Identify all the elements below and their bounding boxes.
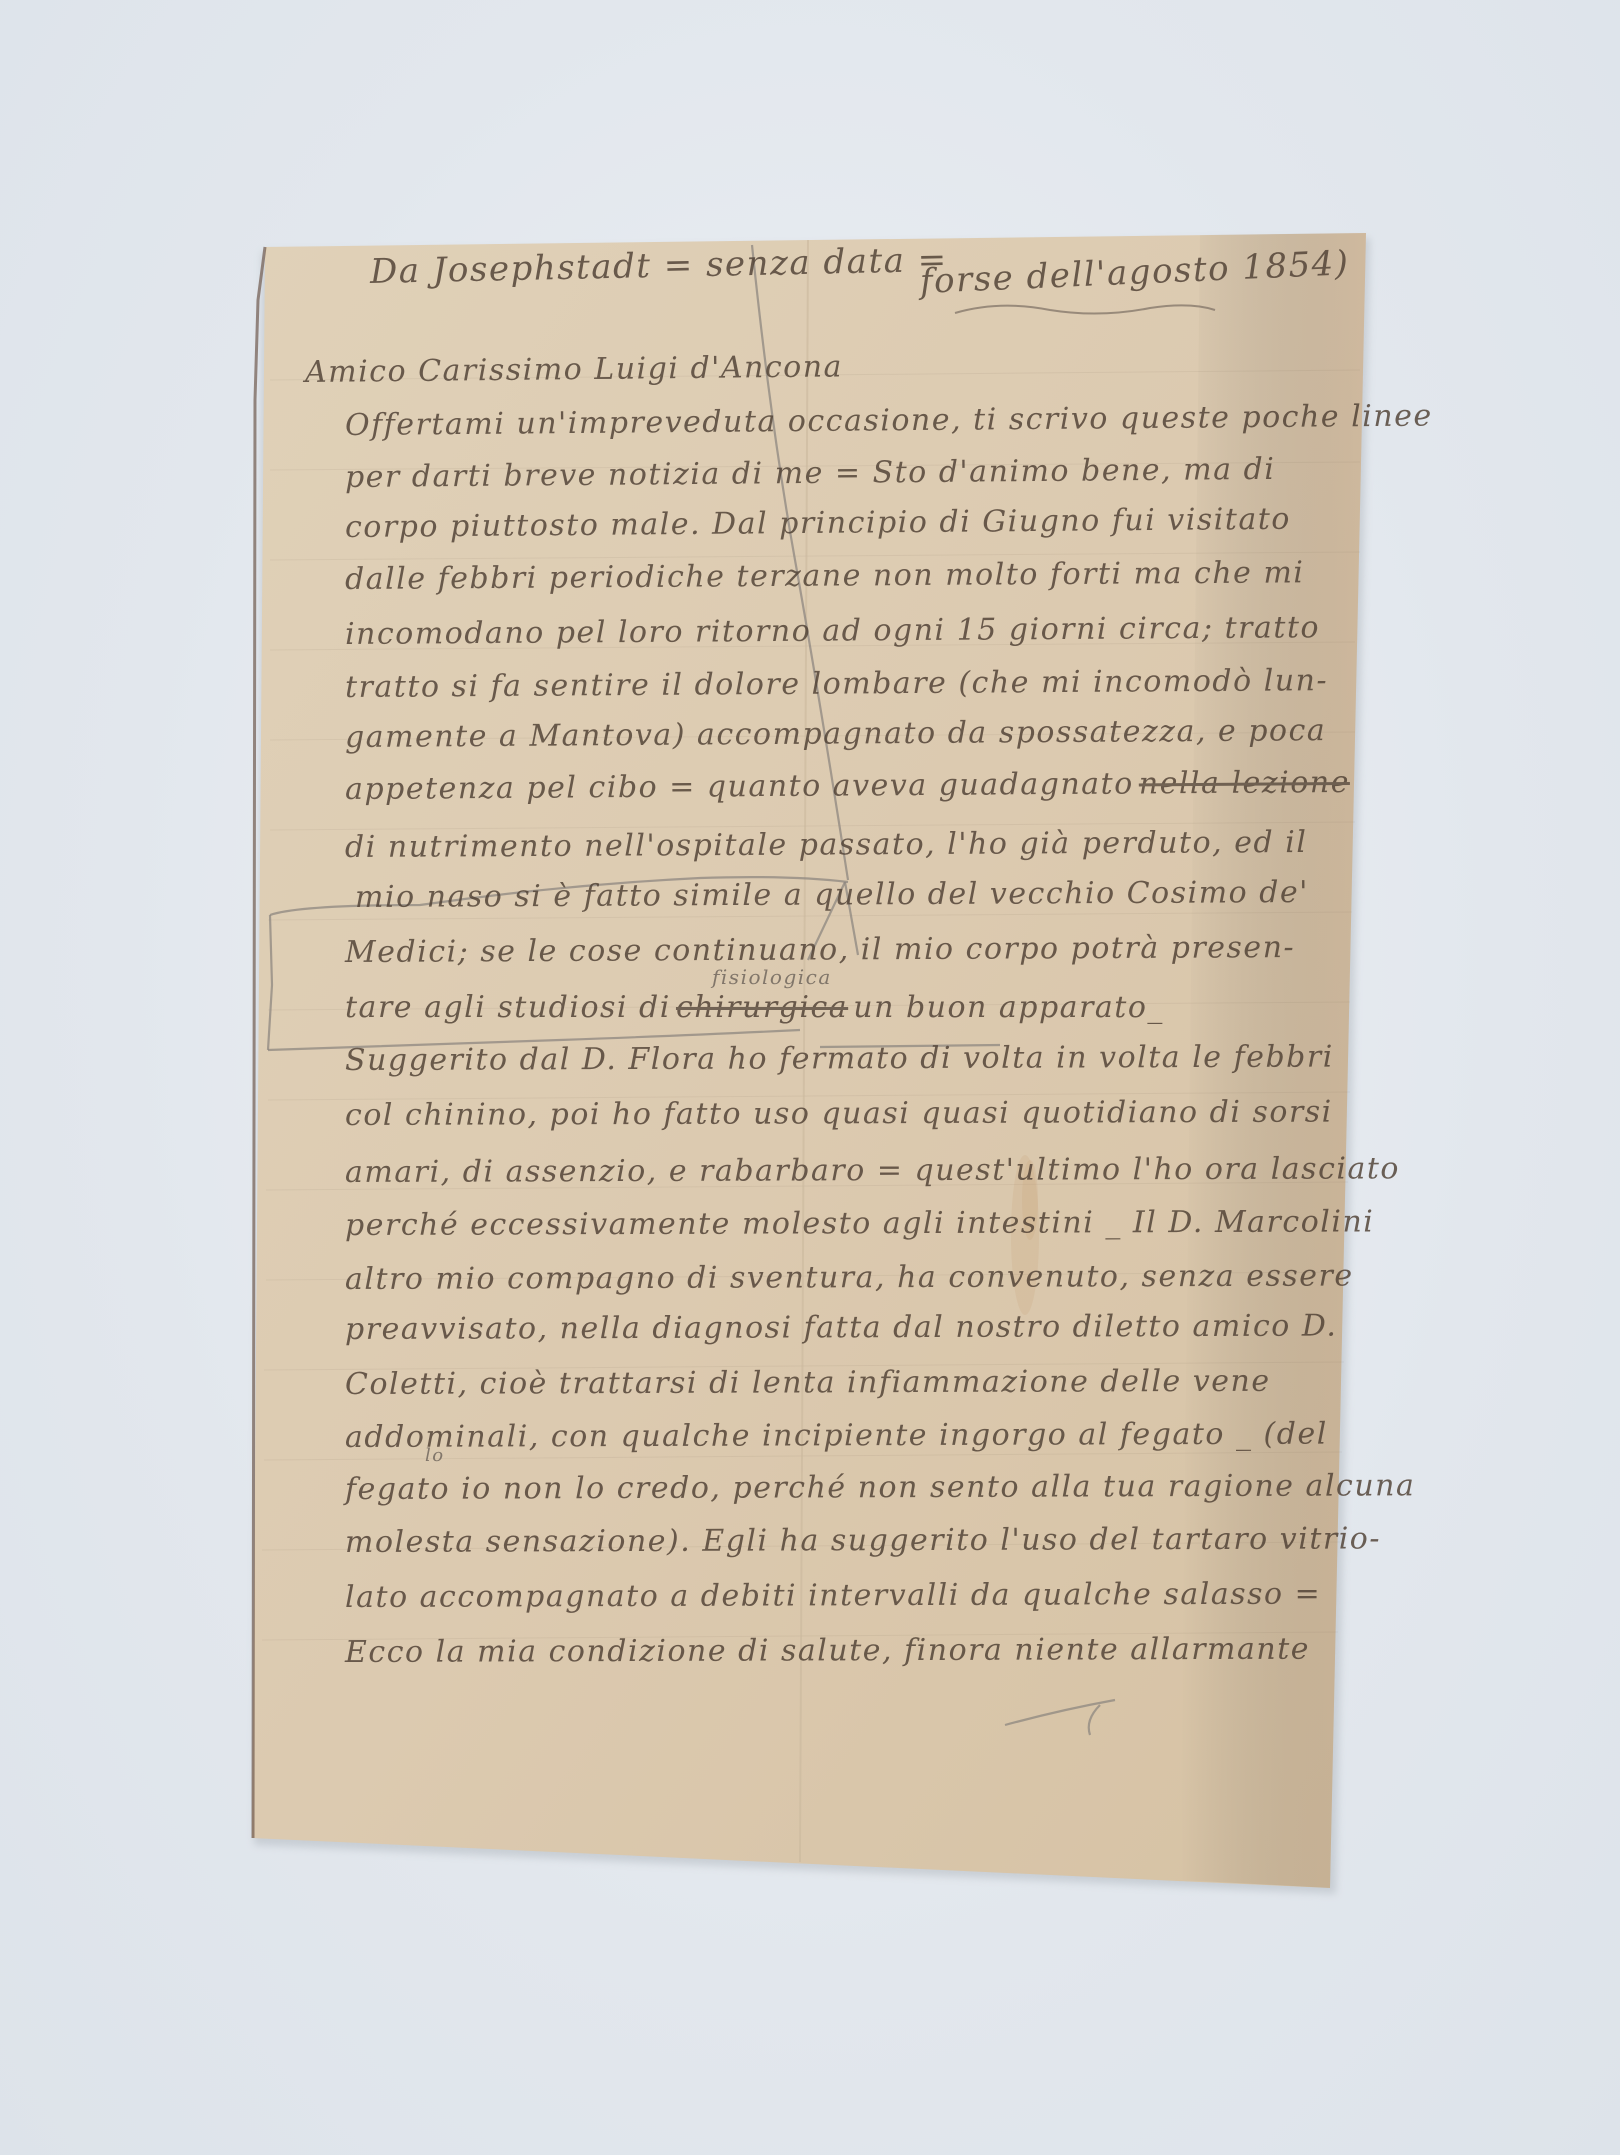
letter-line-with-annotation: tare agli studiosi di chirurgica un buon… <box>345 990 1164 1025</box>
letter-line: Suggerito dal D. Flora ho fermato di vol… <box>345 1040 1334 1078</box>
letter-line: gamente a Mantova) accompagnato da sposs… <box>345 713 1326 755</box>
letter-header-place: Da Josephstadt = senza data = <box>370 240 949 292</box>
letter-line: incomodano pel loro ritorno ad ogni 15 g… <box>345 610 1320 652</box>
letter-line: Ecco la mia condizione di salute, finora… <box>345 1632 1310 1670</box>
letter-line: tratto si fa sentire il dolore lombare (… <box>345 663 1328 705</box>
letter-line: amari, di assenzio, e rabarbaro = quest'… <box>345 1151 1400 1190</box>
letter-line: lato accompagnato a debiti intervalli da… <box>345 1577 1321 1615</box>
superscript-insert: lo <box>425 1445 445 1466</box>
letter-line: col chinino, poi ho fatto uso quasi quas… <box>345 1095 1333 1133</box>
letter-line: mio naso si è fatto simile a quello del … <box>355 875 1309 915</box>
letter-line: preavvisato, nella diagnosi fatta dal no… <box>345 1309 1337 1347</box>
struck-word: chirurgica <box>676 990 848 1025</box>
letter-line: Coletti, cioè trattarsi di lenta infiamm… <box>345 1364 1271 1402</box>
letter-line: Offertami un'impreveduta occasione, ti s… <box>345 399 1433 443</box>
letter-header-date: forse dell'agosto 1854) <box>919 243 1350 302</box>
letter-line: un buon apparato_ <box>853 990 1164 1025</box>
letter-line: altro mio compagno di sventura, ha conve… <box>345 1258 1354 1297</box>
letter-line: Medici; se le cose continuano, il mio co… <box>345 930 1295 970</box>
letter-line: di nutrimento nell'ospitale passato, l'h… <box>345 825 1308 865</box>
letter-line-with-strike: appetenza pel cibo = quanto aveva guadag… <box>345 765 1350 807</box>
letter-line: tare agli studiosi di <box>345 990 671 1025</box>
letter-text: Da Josephstadt = senza data = forse dell… <box>0 0 1620 2155</box>
letter-line: molesta sensazione). Egli ha suggerito l… <box>345 1521 1381 1560</box>
letter-salutation: Amico Carissimo Luigi d'Ancona <box>305 349 843 390</box>
letter-line: dalle febbri periodiche terzane non molt… <box>345 555 1305 597</box>
struck-text: nella lezione <box>1139 765 1350 801</box>
letter-line: per darti breve notizia di me = Sto d'an… <box>345 452 1276 495</box>
letter-line: fegato io non lo credo, perché non sento… <box>345 1468 1415 1507</box>
pencil-annotation: fisiologica <box>712 965 832 989</box>
letter-line: appetenza pel cibo = quanto aveva guadag… <box>345 766 1134 807</box>
letter-line: corpo piuttosto male. Dal principio di G… <box>345 502 1291 545</box>
letter-line: addominali, con qualche incipiente ingor… <box>345 1417 1328 1455</box>
letter-line: perché eccessivamente molesto agli intes… <box>345 1204 1374 1243</box>
